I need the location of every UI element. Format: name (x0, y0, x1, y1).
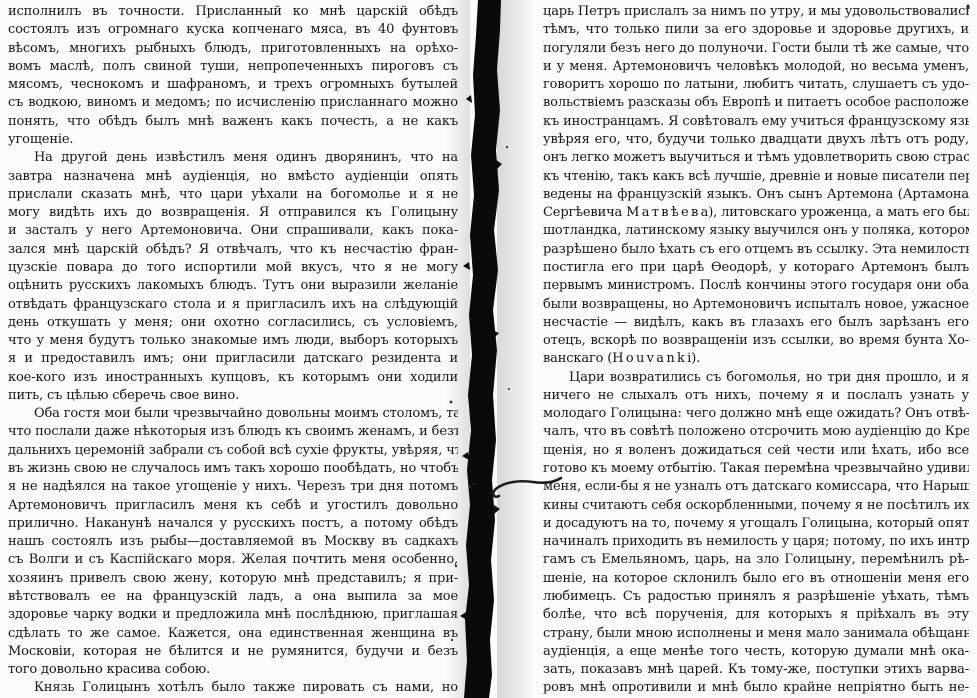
text-line: цузскіе повара до того испортили мой вку… (8, 259, 458, 277)
text-line: отвѣдать французскаго стола и я пригласи… (8, 296, 458, 314)
text-line: состоялъ изъ огромнаго куска копченаго м… (8, 21, 458, 39)
text-line: хозяинъ привелъ свою жену, которую мнѣ п… (8, 570, 458, 588)
text-line: Московіи, которая не бѣлится и не румяни… (8, 643, 458, 661)
text-line: вѣсомъ, многихъ рыбныхъ блюдъ, приготовл… (8, 40, 458, 58)
column-right: царь Петръ прислалъ за нимъ по утру, и м… (543, 3, 969, 698)
text-line: понять, что обѣдъ былъ мнѣ важенъ какъ п… (8, 113, 458, 131)
text-line: здоровье чарку водки и предложила мнѣ по… (8, 606, 458, 624)
text-line: зать, показавъ мнѣ царей. Къ тому-же, по… (543, 661, 969, 679)
text-line: прислали сказать мнѣ, что цари уѣхали на… (8, 186, 458, 204)
text-line: болѣе, что всѣ порученія, для которыхъ я… (543, 606, 969, 624)
text-line: говоритъ хорошо по латыни, любитъ читать… (543, 76, 969, 94)
text-line: я и предоставилъ имъ; они пригласили дат… (8, 350, 458, 368)
text-line: въ жизнь свою не случалось имъ такъ хоро… (8, 460, 458, 478)
text-line: пить, съ цѣлью сберечь свое вино. (8, 387, 458, 405)
text-line: исполнилъ въ точности. Присланный ко мнѣ… (8, 3, 458, 21)
text-line: первымъ министромъ. Послѣ кончины этого … (543, 277, 969, 295)
column-left: исполнилъ въ точности. Присланный ко мнѣ… (8, 3, 458, 698)
text-line: сдѣлать то же самое. Кажется, она единст… (8, 625, 458, 643)
text-line: день откушать у меня; они охотно согласи… (8, 314, 458, 332)
text-line: вольствіемъ разсказы объ Европѣ и питает… (543, 94, 969, 112)
text-line: Сергѣевича М а т в ѣ е в а), литовскаго … (543, 204, 969, 222)
text-line: и у меня. Артемоновичъ человѣкъ молодой,… (543, 58, 969, 76)
text-line: я не надѣялся на такое угощеніе у нихъ. … (8, 478, 458, 496)
text-line: кины считаютъ себя оскорбленными, почему… (543, 497, 969, 515)
text-line: кое-кого изъ иностранныхъ купцовъ, къ ко… (8, 369, 458, 387)
text-line: чалъ, что въ совѣтѣ положено отсрочить м… (543, 423, 969, 441)
text-line: и досадуютъ на то, почему я угощалъ Голи… (543, 515, 969, 533)
text-line: онъ легко можетъ выучиться и тѣмъ удовле… (543, 149, 969, 167)
text-line: любимецъ. Съ радостью принялъ я разрѣшен… (543, 588, 969, 606)
text-line: тѣмъ, что только пили за его здоровье и … (543, 21, 969, 39)
text-line: того довольно красива собою. (8, 661, 458, 679)
text-line: погуляли безъ него до полуночи. Гости бы… (543, 40, 969, 58)
text-line: страну, были мною исполнены и меня мало … (543, 625, 969, 643)
text-line: вѣтствовалъ ее на французскій ладъ, а он… (8, 588, 458, 606)
text-line: къ иностранцамъ. Я совѣтовалъ ему учитьс… (543, 113, 969, 131)
text-line: мясомъ, чеснокомъ и шафраномъ, и трехъ о… (8, 76, 458, 94)
text-line: нашъ состоялъ изъ рыбы—доставляемой въ М… (8, 533, 458, 551)
gutter-band-ragged-edge (460, 95, 502, 620)
text-line: были возвращены, но Артемоновичъ испытал… (543, 296, 969, 314)
text-line: отецъ, вскорѣ по возвращеніи изъ ссылки,… (543, 332, 969, 350)
text-line: Цари возвратились съ богомолья, но три д… (543, 369, 969, 387)
text-line: Оба гостя мои были чрезвычайно довольны … (8, 405, 458, 423)
text-line: молодаго Голицына: чего должно мнѣ еще о… (543, 405, 969, 423)
text-line: и засталъ у него Артемоновича. Они спраш… (8, 222, 458, 240)
text-line: На другой день извѣстилъ меня одинъ двор… (8, 149, 458, 167)
text-line: начиналъ приходить въ немилость у царя; … (543, 533, 969, 551)
text-line: ничего не слыхалъ отъ нихъ, почему я и п… (543, 387, 969, 405)
text-line: что у меня будутъ только знакомые имъ лю… (8, 332, 458, 350)
text-line: царь Петръ прислалъ за нимъ по утру, и м… (543, 3, 969, 21)
text-line: ванскаго (H o u v a n k i). (543, 350, 969, 368)
text-line: щенія, но я воленъ дожидаться сей чести … (543, 442, 969, 460)
text-line: шеніе, на которое склонилъ было его въ о… (543, 570, 969, 588)
gutter-shade-right (497, 0, 537, 698)
text-line: могу видѣть ихъ до возвращенія. Я отправ… (8, 204, 458, 222)
text-line: Артемоновичъ пригласилъ меня къ себѣ и у… (8, 497, 458, 515)
text-line: Князь Голицынъ хотѣлъ было также пироват… (8, 679, 458, 697)
text-line: къ чтенію, такъ какъ всѣ лучшіе, древніе… (543, 168, 969, 186)
text-line: завтра назначена мнѣ аудіенція, но вмѣст… (8, 168, 458, 186)
text-line: готово къ моему отбытію. Такая перемѣна … (543, 460, 969, 478)
text-line: оцѣнить русскихъ лакомыхъ блюдъ. Тутъ он… (8, 277, 458, 295)
text-line: ведены на французскій языкъ. Онъ сынъ Ар… (543, 186, 969, 204)
text-line: прилично. Наканунѣ начался у русскихъ по… (8, 515, 458, 533)
text-line: ровъ мнѣ опротивили и мнѣ было крайне не… (543, 679, 969, 697)
book-page-scan: исполнилъ въ точности. Присланный ко мнѣ… (0, 0, 977, 698)
text-line: несчастіе — видѣлъ, какъ въ глазахъ его … (543, 314, 969, 332)
text-line: вомъ маслѣ, полъ свиной туши, непропечен… (8, 58, 458, 76)
text-line: гамъ съ Емельяномъ, царь, на зло Голицын… (543, 551, 969, 569)
text-line: увѣряя его, что, будучи только двадцати … (543, 131, 969, 149)
text-line: угощеніе. (8, 131, 458, 149)
text-line: постигла его при царѣ Ѳеодорѣ, у котораг… (543, 259, 969, 277)
text-line: что послали даже нѣкоторыя изъ блюдъ къ … (8, 423, 458, 441)
text-line: шотландка, латинскому языку выучился онъ… (543, 222, 969, 240)
text-line: дальнихъ церемоній забрали съ собой всѣ … (8, 442, 458, 460)
text-line: зался мнѣ царскій обѣдъ? Я отвѣчалъ, что… (8, 241, 458, 259)
text-line: меня, если-бы я не узналъ отъ датскаго к… (543, 478, 969, 496)
text-line: аудіенція, а еще менѣе того честь, котор… (543, 643, 969, 661)
gutter-band (464, 0, 501, 698)
text-line: съ водкою, виномъ и медомъ; по исчислені… (8, 94, 458, 112)
text-line: разрѣшено было ѣхать съ его отцемъ въ сс… (543, 241, 969, 259)
text-line: съ Волги и съ Каспійскаго моря. Желая по… (8, 551, 458, 569)
